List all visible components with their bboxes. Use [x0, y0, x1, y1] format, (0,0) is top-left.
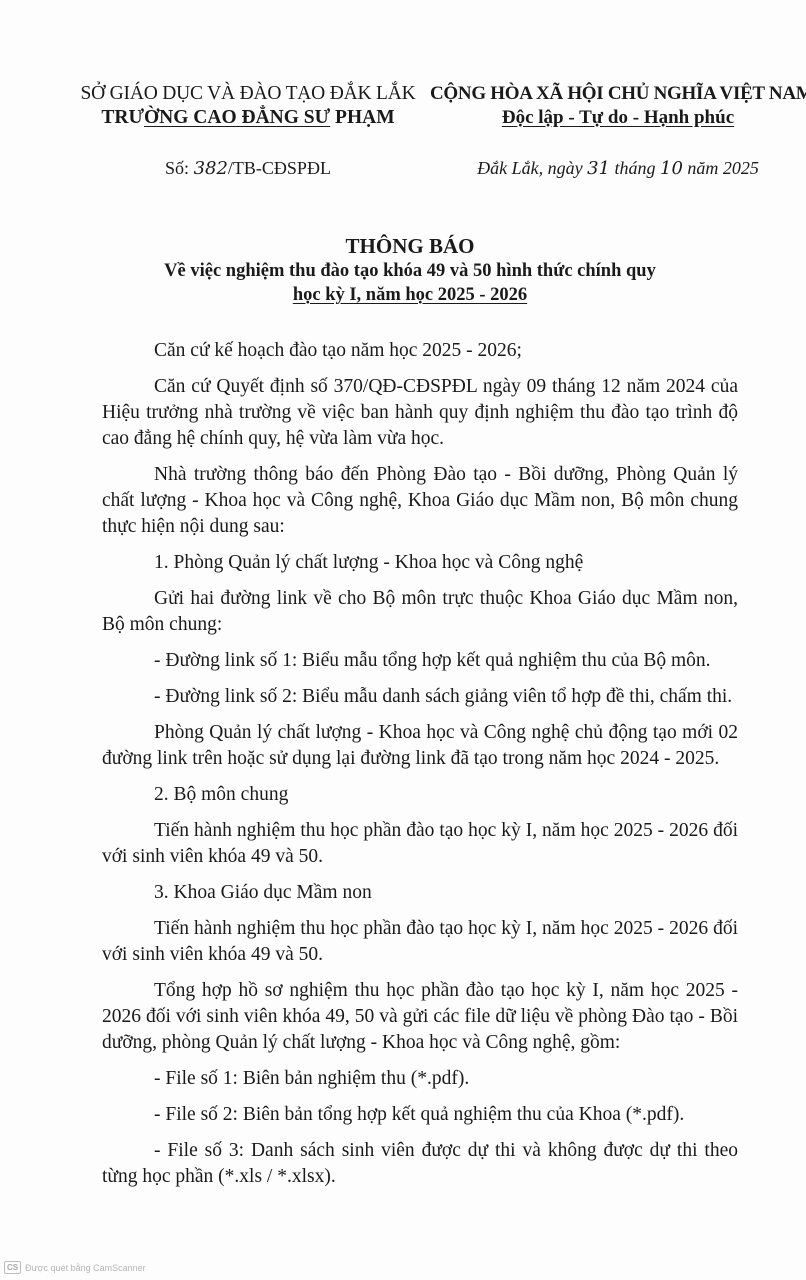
section-heading: 1. Phòng Quản lý chất lượng - Khoa học v… — [102, 550, 738, 576]
list-item: - File số 2: Biên bản tổng hợp kết quả n… — [102, 1102, 738, 1128]
issue-date: Đắk Lắk, ngày 31 tháng 10 năm 2025 — [430, 156, 806, 181]
notice-subject-term: học kỳ I, năm học 2025 - 2026 — [100, 283, 720, 307]
handwritten-month: 10 — [660, 158, 683, 179]
document-number: Số: 382/TB-CĐSPĐL — [80, 156, 416, 181]
list-item: - Đường link số 2: Biểu mẫu danh sách gi… — [102, 684, 738, 710]
list-item: - Đường link số 1: Biểu mẫu tổng hợp kết… — [102, 648, 738, 674]
paragraph: Nhà trường thông báo đến Phòng Đào tạo -… — [102, 462, 738, 540]
notice-body: Căn cứ kế hoạch đào tạo năm học 2025 - 2… — [102, 338, 738, 1200]
watermark-text: Được quét bằng CamScanner — [25, 1263, 146, 1273]
scanned-document-page: SỞ GIÁO DỤC VÀ ĐÀO TẠO ĐẮK LẮK TRƯỜNG CA… — [0, 0, 806, 1280]
section-heading: 2. Bộ môn chung — [102, 782, 738, 808]
paragraph: Phòng Quản lý chất lượng - Khoa học và C… — [102, 720, 738, 772]
notice-subject: Về việc nghiệm thu đào tạo khóa 49 và 50… — [100, 259, 720, 283]
paragraph: Gửi hai đường link về cho Bộ môn trực th… — [102, 586, 738, 638]
list-item: - File số 3: Danh sách sinh viên được dự… — [102, 1138, 738, 1190]
paragraph: Căn cứ kế hoạch đào tạo năm học 2025 - 2… — [102, 338, 738, 364]
nation-name: CỘNG HÒA XÃ HỘI CHỦ NGHĨA VIỆT NAM — [430, 82, 806, 106]
paragraph: Tổng hợp hồ sơ nghiệm thu học phần đào t… — [102, 978, 738, 1056]
paragraph: Tiến hành nghiệm thu học phần đào tạo họ… — [102, 818, 738, 870]
notice-heading: THÔNG BÁO — [100, 233, 720, 259]
handwritten-day: 31 — [587, 158, 610, 179]
issuing-authority-header: SỞ GIÁO DỤC VÀ ĐÀO TẠO ĐẮK LẮK TRƯỜNG CA… — [80, 82, 416, 181]
paragraph: Căn cứ Quyết định số 370/QĐ-CĐSPĐL ngày … — [102, 374, 738, 452]
national-header: CỘNG HÒA XÃ HỘI CHỦ NGHĨA VIỆT NAM Độc l… — [430, 82, 806, 181]
school-name: TRƯỜNG CAO ĐẲNG SƯ PHẠM — [80, 106, 416, 130]
list-item: - File số 1: Biên bản nghiệm thu (*.pdf)… — [102, 1066, 738, 1092]
department-name: SỞ GIÁO DỤC VÀ ĐÀO TẠO ĐẮK LẮK — [80, 82, 416, 106]
notice-title: THÔNG BÁO Về việc nghiệm thu đào tạo khó… — [100, 233, 720, 307]
section-heading: 3. Khoa Giáo dục Mầm non — [102, 880, 738, 906]
camscanner-watermark: CS Được quét bằng CamScanner — [4, 1261, 146, 1274]
paragraph: Tiến hành nghiệm thu học phần đào tạo họ… — [102, 916, 738, 968]
handwritten-number: 382 — [194, 158, 228, 179]
camscanner-logo-icon: CS — [4, 1261, 21, 1274]
national-motto: Độc lập - Tự do - Hạnh phúc — [430, 106, 806, 130]
